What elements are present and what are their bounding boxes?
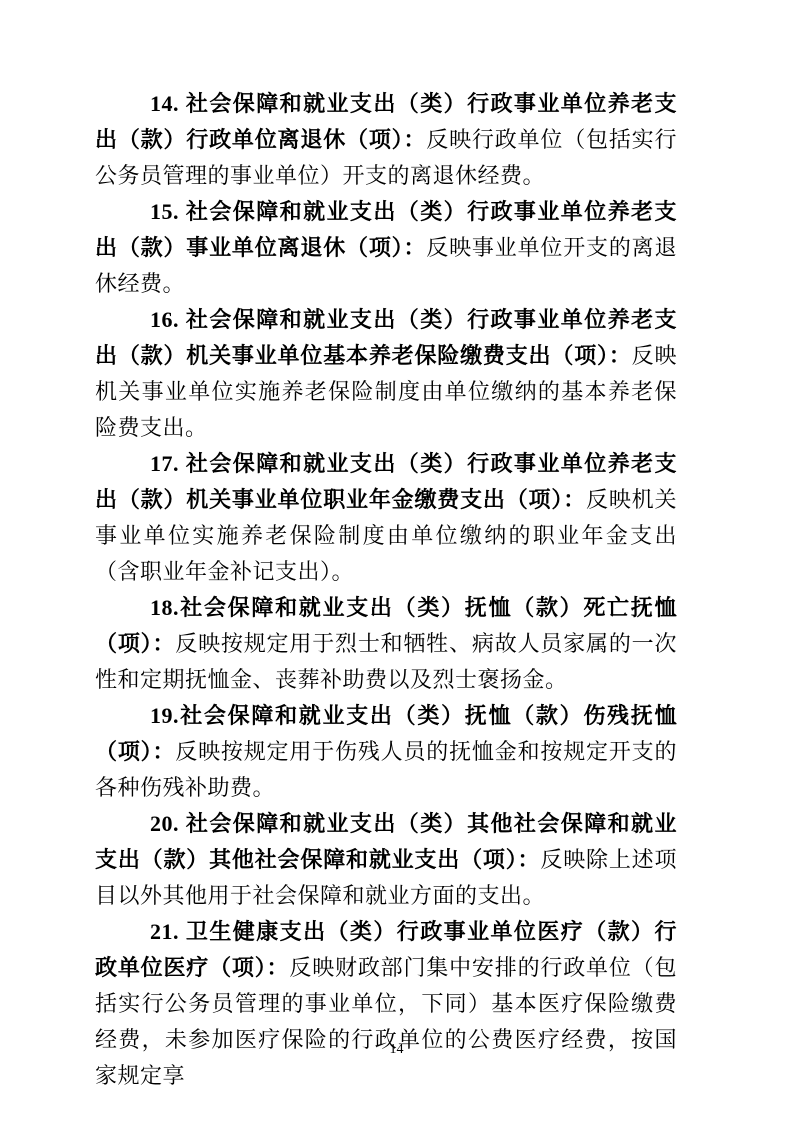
definition-paragraph-14: 14. 社会保障和就业支出（类）行政事业单位养老支出（款）行政单位离退休（项）：… <box>95 86 677 194</box>
definition-term: 16. 社会保障和就业支出（类）行政事业单位养老支出（款）机关事业单位基本养老保… <box>95 307 677 368</box>
document-body: 14. 社会保障和就业支出（类）行政事业单位养老支出（款）行政单位离退休（项）：… <box>95 86 677 1094</box>
definition-paragraph-18: 18.社会保障和就业支出（类）抚恤（款）死亡抚恤（项）：反映按规定用于烈士和牺牲… <box>95 590 677 698</box>
definition-paragraph-17: 17. 社会保障和就业支出（类）行政事业单位养老支出（款）机关事业单位职业年金缴… <box>95 446 677 590</box>
definition-paragraph-16: 16. 社会保障和就业支出（类）行政事业单位养老支出（款）机关事业单位基本养老保… <box>95 302 677 446</box>
page-number: 14 <box>0 1041 793 1059</box>
definition-paragraph-15: 15. 社会保障和就业支出（类）行政事业单位养老支出（款）事业单位离退休（项）：… <box>95 194 677 302</box>
definition-paragraph-19: 19.社会保障和就业支出（类）抚恤（款）伤残抚恤（项）：反映按规定用于伤残人员的… <box>95 698 677 806</box>
definition-text: 反映按规定用于烈士和牺牲、病故人员家属的一次性和定期抚恤金、丧葬补助费以及烈士褒… <box>95 631 677 692</box>
document-page: 14. 社会保障和就业支出（类）行政事业单位养老支出（款）行政单位离退休（项）：… <box>0 0 793 1122</box>
definition-text: 反映按规定用于伤残人员的抚恤金和按规定开支的各种伤残补助费。 <box>95 739 677 800</box>
definition-paragraph-20: 20. 社会保障和就业支出（类）其他社会保障和就业支出（款）其他社会保障和就业支… <box>95 806 677 914</box>
definition-paragraph-21: 21. 卫生健康支出（类）行政事业单位医疗（款）行政单位医疗（项）：反映财政部门… <box>95 914 677 1094</box>
